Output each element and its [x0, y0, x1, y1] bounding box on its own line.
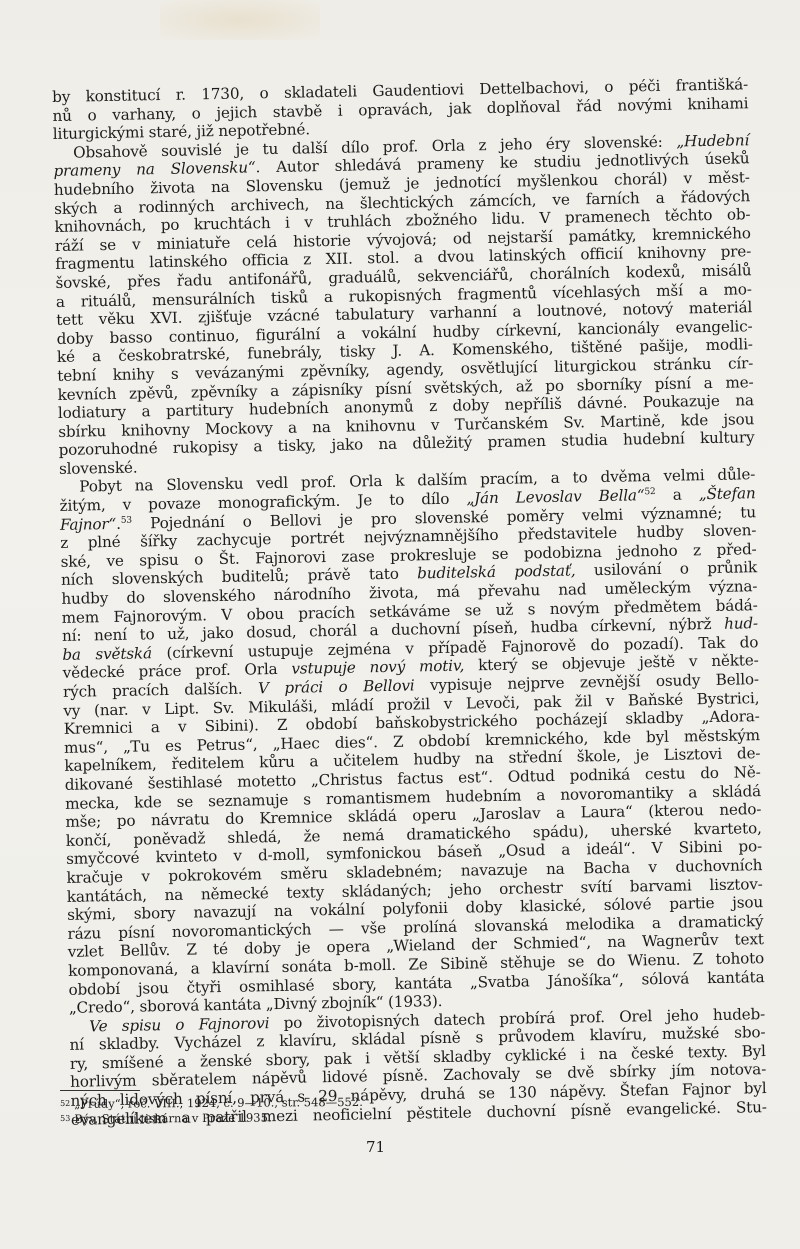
- body-text: by konstitucí r. 1730, o skladateli Gaud…: [52, 75, 767, 1129]
- footnote-number: 53: [60, 1113, 70, 1122]
- scanned-book-page: by konstitucí r. 1730, o skladateli Gaud…: [0, 0, 800, 1249]
- italic-text: „Štefan: [699, 484, 756, 503]
- italic-text: V práci o Bellovi: [258, 676, 415, 697]
- footnote-number: 52: [60, 1099, 70, 1108]
- paper-stain: [160, 0, 320, 40]
- footnote-53: 53Býv. Státní tiskárna v Praze 1935.: [60, 1108, 560, 1126]
- footnotes: 52„Prúdy“, roč. VIII., 1924, č. 9—10., s…: [60, 1094, 560, 1126]
- footnote-text: Býv. Státní tiskárna v Praze 1935.: [74, 1110, 271, 1125]
- footnote-text: „Prúdy“, roč. VIII., 1924, č. 9—10., str…: [74, 1095, 363, 1111]
- text-segment: a: [655, 485, 698, 504]
- italic-text: vstupuje nový motiv,: [291, 657, 464, 678]
- text-segment: slovenské.: [59, 458, 138, 477]
- italic-text: ba světská: [62, 644, 152, 664]
- italic-text: Fajnor“: [60, 515, 116, 534]
- page-number: 71: [366, 1138, 385, 1156]
- footnote-reference: 53: [121, 515, 132, 525]
- italic-text: buditelská podstať,: [417, 562, 576, 583]
- italic-text: „Hudební: [676, 131, 749, 150]
- footnote-divider: [60, 1090, 140, 1091]
- footnote-reference: 52: [644, 487, 655, 497]
- italic-text: hud-: [724, 614, 758, 633]
